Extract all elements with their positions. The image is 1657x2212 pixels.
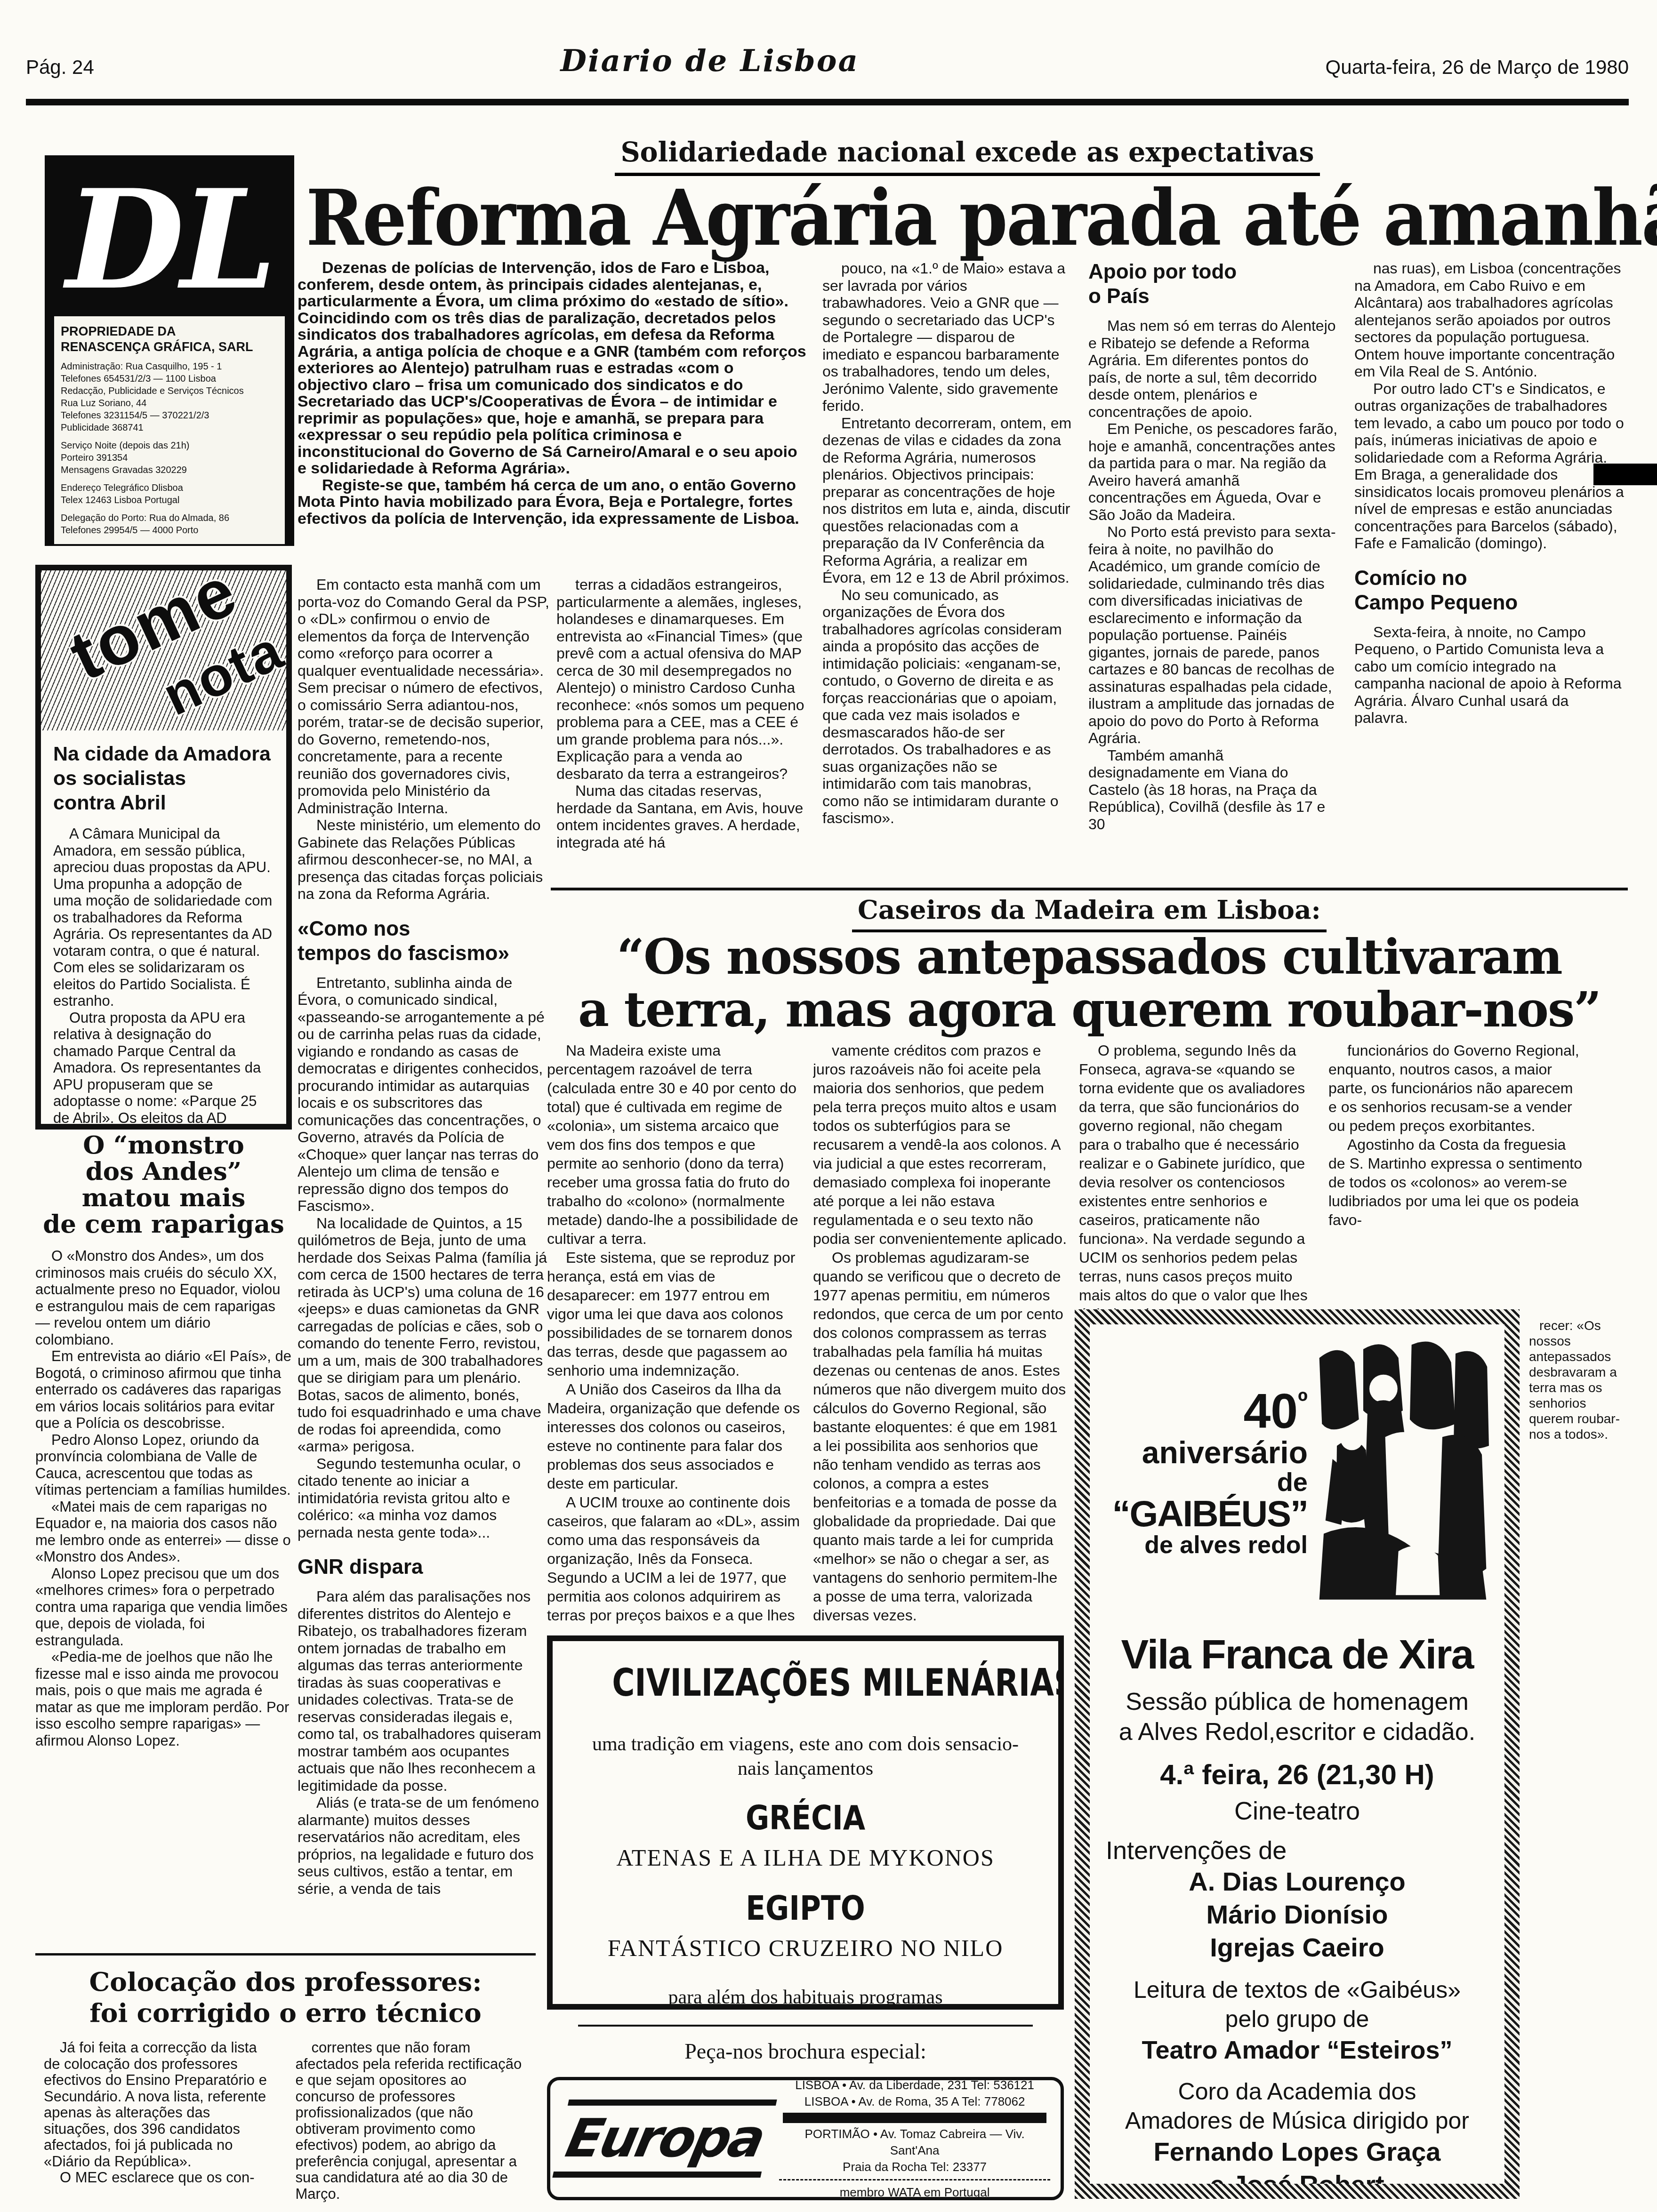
choir-description: Coro da Academia dos Amadores de Música … <box>1125 2077 1469 2135</box>
madeira-headline: “Os nossos antepassados cultivarama terr… <box>551 931 1628 1036</box>
paragraph: Agostinho da Costa da freguesia de S. Ma… <box>1328 1135 1585 1229</box>
europa-advertisement: Peça-nos brochura especial: Europa LISBO… <box>547 2025 1064 2200</box>
ad-intro: uma tradição em viagens, este ano com do… <box>570 1732 1041 1781</box>
margin-mark <box>1593 464 1657 485</box>
ad-top-rule <box>578 2025 1033 2027</box>
venue-title: Vila Franca de Xira <box>1121 1630 1473 1678</box>
tome-nota-logo: tome nota <box>41 570 286 730</box>
paragraph: funcionários do Governo Regional, enquan… <box>1328 1041 1585 1135</box>
conductor-names: Fernando Lopes Graça e José Robert <box>1154 2135 1441 2184</box>
article-column-2: correntes que não foram afectados pela r… <box>296 2040 528 2202</box>
advertisement-content: 40º aniversário de “GAIBÉUS” de alves re… <box>1090 1324 1504 2184</box>
paragraph: Por outro lado CT's e Sindicatos, e outr… <box>1354 380 1626 552</box>
paragraph: Numa das citadas reservas, herdade da Sa… <box>556 782 808 851</box>
paragraph: nas ruas), em Lisboa (concentrações na A… <box>1354 260 1626 380</box>
paragraph: Entretanto, sublinha ainda de Évora, o c… <box>298 974 549 1215</box>
article-title: Na cidade da Amadora os socialistas cont… <box>53 742 274 815</box>
paragraph: Aliás (e trata-se de um fenómeno alarman… <box>298 1794 549 1897</box>
paragraph: Na Madeira existe uma percentagem razoáv… <box>547 1041 801 1248</box>
top-story-column-2: terras a cidadãos estrangeiros, particul… <box>556 576 808 885</box>
speaker-name: A. Dias Lourenço <box>1189 1865 1406 1898</box>
paragraph: Sexta-feira, à nnoite, no Campo Pequeno,… <box>1354 624 1626 727</box>
headline-line: O “monstro <box>35 1132 292 1158</box>
conductor-name: e José Robert <box>1154 2168 1441 2184</box>
paragraph: Na localidade de Quintos, a 15 quilómetr… <box>298 1215 549 1455</box>
anniversary-number: 40º <box>1102 1387 1308 1436</box>
membership-line: membro WATA em Portugal <box>779 2179 1050 2201</box>
anniversary-label: aniversário <box>1102 1437 1308 1468</box>
paragraph: A UCIM trouxe ao continente dois caseiro… <box>547 1493 801 1627</box>
kicker-text: Caseiros da Madeira em Lisboa: <box>852 894 1327 932</box>
article-headline: Colocação dos professores: <box>35 1966 536 1997</box>
newspaper-page: Pág. 24 Diario de Lisboa Quarta-feira, 2… <box>0 0 1657 2212</box>
paragraph: A União dos Caseiros da Ilha da Madeira,… <box>547 1380 801 1493</box>
paragraph: Em entrevista ao diário «El País», de Bo… <box>35 1348 292 1432</box>
paragraph: Redacção, Publicidade e Serviços Técnico… <box>61 385 278 397</box>
page-header: Pág. 24 Diario de Lisboa Quarta-feira, 2… <box>26 43 1629 79</box>
paragraph: Pedro Alonso Lopez, oriundo da pronvínci… <box>35 1432 292 1499</box>
article-column-1: Já foi feita a correcção da lista de col… <box>44 2040 276 2202</box>
paragraph: Publicidade 368741 <box>61 422 278 434</box>
top-story-column-4: Apoio por todo o PaísMas nem só em terra… <box>1088 260 1338 886</box>
paragraph: Entretanto decorreram, ontem, em dezenas… <box>822 415 1072 586</box>
top-story-column-5: nas ruas), em Lisboa (concentrações na A… <box>1354 260 1626 886</box>
paragraph: Delegação do Porto: Rua do Almada, 86 <box>61 512 278 524</box>
paragraph: Endereço Telegráfico Dlisboa <box>61 482 278 494</box>
headline-line: matou mais <box>35 1185 292 1211</box>
paragraph: PROPRIEDADE DA <box>61 324 278 339</box>
madeira-kicker: Caseiros da Madeira em Lisboa: <box>551 894 1628 932</box>
professores-article: Colocação dos professores: foi corrigido… <box>35 1966 536 2212</box>
top-story-column-3: pouco, na «1.º de Maio» estava a ser lav… <box>822 260 1072 886</box>
reading-line: Leitura de textos de «Gaibéus» <box>1134 1975 1461 2004</box>
article-body: O «Monstro dos Andes», um dos criminosos… <box>35 1248 292 1749</box>
paragraph: recer: «Os nossos antepassados desbravar… <box>1529 1318 1629 1442</box>
article-body: A Câmara Municipal da Amadora, em sessão… <box>53 825 274 1130</box>
interventions-label: Intervenções de <box>1106 1836 1287 1865</box>
paragraph: O «Monstro dos Andes», um dos criminosos… <box>35 1248 292 1348</box>
ad-footer: para além dos habituais programas <box>570 1986 1041 2009</box>
paragraph: correntes que não foram afectados pela r… <box>296 2040 528 2202</box>
session-line: a Alves Redol,escritor e cidadão. <box>1119 1717 1475 1747</box>
office-line: Praia da Rocha Tel: 23377 <box>779 2159 1050 2175</box>
top-story-headline: Reforma Agrária parada até amanhã <box>306 177 1629 259</box>
paragraph: terras a cidadãos estrangeiros, particul… <box>556 576 808 782</box>
page-number: Pág. 24 <box>26 56 94 79</box>
paragraph: Telefones 654531/2/3 — 1100 Lisboa <box>61 373 278 385</box>
headline-line: de cem raparigas <box>35 1211 292 1237</box>
destination-greece: GRÉCIA <box>605 1798 1006 1837</box>
session-description: Sessão pública de homenagem a Alves Redo… <box>1119 1687 1475 1747</box>
paragraph: Para além das paralisações nos diferente… <box>298 1588 549 1794</box>
paragraph: Mensagens Gravadas 320229 <box>61 464 278 476</box>
paragraph: «Pedia-me de joelhos que não lhe fizesse… <box>35 1649 292 1749</box>
ad-title: CIVILIZAÇÕES MILENÁRIAS <box>612 1661 999 1705</box>
paragraph: Registe-se que, também há cerca de um an… <box>298 477 808 528</box>
paragraph: Outra proposta da APU era relativa à des… <box>53 1010 274 1130</box>
column-subhead: GNR dispara <box>298 1555 549 1579</box>
europa-ad-box: Europa LISBOA • Av. da Liberdade, 231 Te… <box>547 2077 1064 2200</box>
of-label: de <box>1102 1468 1308 1495</box>
paragraph: Administração: Rua Casquilho, 195 - 1 <box>61 361 278 373</box>
monstro-andes-article: O “monstrodos Andes”matou maisde cem rap… <box>35 1132 292 1953</box>
column-subhead: Comício no Campo Pequeno <box>1354 566 1626 615</box>
top-story-column-1: Em contacto esta manhã com um porta-voz … <box>298 576 549 1953</box>
paragraph: Telex 12463 Lisboa Portugal <box>61 494 278 506</box>
paragraph: Dezenas de polícias de Intervenção, idos… <box>298 260 808 477</box>
paragraph: Alonso Lopez precisou que um dos «melhor… <box>35 1565 292 1649</box>
europa-logo: Europa <box>552 2100 777 2178</box>
egypt-subtitle: FANTÁSTICO CRUZEIRO NO NILO <box>570 1934 1041 1962</box>
paragraph: Os problemas agudizaram-se quando se ver… <box>813 1248 1067 1625</box>
paragraph: Telefones 29954/5 — 4000 Porto <box>61 524 278 537</box>
reading-description: Leitura de textos de «Gaibéus» pelo grup… <box>1134 1975 1461 2034</box>
madeira-column-1: Na Madeira existe uma percentagem razoáv… <box>547 1041 801 1627</box>
paragraph: O MEC esclarece que os con- <box>44 2170 276 2186</box>
publisher-box: DL PROPRIEDADE DARENASCENÇA GRÁFICA, SAR… <box>45 155 294 546</box>
paragraph: Já foi feita a correcção da lista de col… <box>44 2040 276 2170</box>
office-line: LISBOA • Av. da Liberdade, 231 Tel: 5361… <box>779 2077 1050 2093</box>
headline-line: dos Andes” <box>35 1158 292 1185</box>
conductor-name: Fernando Lopes Graça <box>1154 2135 1441 2168</box>
issue-date: Quarta-feira, 26 de Março de 1980 <box>1326 56 1629 79</box>
paragraph: Serviço Noite (depois das 21h) <box>61 440 278 452</box>
article-headline: O “monstrodos Andes”matou maisde cem rap… <box>35 1132 292 1237</box>
madeira-column-4: funcionários do Governo Regional, enquan… <box>1328 1041 1585 1303</box>
paragraph: Rua Luz Soriano, 44 <box>61 397 278 409</box>
paragraph: «Matei mais de cem raparigas no Equador … <box>35 1499 292 1565</box>
paragraph: No Porto está previsto para sexta-feira … <box>1088 523 1338 747</box>
dl-logo: DL <box>45 169 294 311</box>
paragraph: Porteiro 391354 <box>61 452 278 464</box>
europa-offices: LISBOA • Av. da Liberdade, 231 Tel: 5361… <box>779 2077 1050 2201</box>
paragraph: Este sistema, que se reproduz por heranç… <box>547 1248 801 1380</box>
ad-call-to-action: Peça-nos brochura especial: <box>547 2039 1064 2064</box>
column-subhead: «Como nos tempos do fascismo» <box>298 917 549 966</box>
event-place: Cine-teatro <box>1234 1796 1360 1826</box>
book-author: de alves redol <box>1102 1533 1308 1558</box>
ad-black-bar <box>783 2113 1046 2123</box>
column-subhead: Apoio por todo o País <box>1088 260 1338 309</box>
gaibeus-titles: 40º aniversário de “GAIBÉUS” de alves re… <box>1102 1387 1308 1557</box>
madeira-column-5: recer: «Os nossos antepassados desbravar… <box>1529 1318 1629 1600</box>
headline-line: a terra, mas agora querem roubar-nos” <box>551 984 1628 1036</box>
section-divider-rule <box>551 888 1628 890</box>
tome-nota-box: tome nota Na cidade da Amadora os social… <box>35 565 292 1130</box>
theatre-group: Teatro Amador “Esteiros” <box>1142 2036 1452 2065</box>
choir-line: Coro da Academia dos <box>1125 2077 1469 2106</box>
greece-subtitle: ATENAS E A ILHA DE MYKONOS <box>570 1844 1041 1871</box>
article-columns: Já foi feita a correcção da lista de col… <box>35 2040 536 2202</box>
office-line: PORTIMÃO • Av. Tomaz Cabreira — Viv. San… <box>779 2126 1050 2159</box>
choir-line: Amadores de Música dirigido por <box>1125 2106 1469 2135</box>
amadora-article: Na cidade da Amadora os socialistas cont… <box>41 730 286 1130</box>
section-divider-rule <box>35 1953 536 1956</box>
gaibeus-advertisement: 40º aniversário de “GAIBÉUS” de alves re… <box>1075 1309 1520 2199</box>
paragraph: No seu comunicado, as organizações de Év… <box>822 586 1072 827</box>
office-line: LISBOA • Av. de Roma, 35 A Tel: 778062 <box>779 2093 1050 2110</box>
paragraph: A Câmara Municipal da Amadora, em sessão… <box>53 825 274 1010</box>
paragraph: RENASCENÇA GRÁFICA, SARL <box>61 339 278 355</box>
reading-line: pelo grupo de <box>1134 2004 1461 2034</box>
kicker-text: Solidariedade nacional excede as expecta… <box>615 136 1319 176</box>
masthead-title: Diario de Lisboa <box>561 43 859 79</box>
headline-line: “Os nossos antepassados cultivaram <box>551 931 1628 984</box>
publisher-details: PROPRIEDADE DARENASCENÇA GRÁFICA, SARLAd… <box>54 316 285 544</box>
paragraph: Em Peniche, os pescadores farão, hoje e … <box>1088 420 1338 523</box>
session-line: Sessão pública de homenagem <box>1119 1687 1475 1717</box>
article-headline: foi corrigido o erro técnico <box>35 1997 536 2028</box>
gaibeus-anniversary-block: 40º aniversário de “GAIBÉUS” de alves re… <box>1102 1340 1492 1604</box>
top-story-lead: Dezenas de polícias de Intervenção, idos… <box>298 260 808 570</box>
event-datetime: 4.ª feira, 26 (21,30 H) <box>1160 1758 1434 1791</box>
paragraph: Telefones 3231154/5 — 370221/2/3 <box>61 409 278 422</box>
paragraph: Em contacto esta manhã com um porta-voz … <box>298 576 549 817</box>
header-rule <box>26 99 1629 105</box>
speaker-name: Igrejas Caeiro <box>1210 1931 1384 1964</box>
paragraph: Também amanhã designadamente em Viana do… <box>1088 747 1338 833</box>
paragraph: Neste ministério, um elemento do Gabinet… <box>298 817 549 903</box>
woodcut-illustration <box>1313 1340 1492 1604</box>
paragraph: vamente créditos com prazos e juros razo… <box>813 1041 1067 1248</box>
paragraph: pouco, na «1.º de Maio» estava a ser lav… <box>822 260 1072 415</box>
top-story-kicker: Solidariedade nacional excede as expecta… <box>306 136 1629 176</box>
book-title: “GAIBÉUS” <box>1102 1495 1308 1533</box>
paragraph: Mas nem só em terras do Alentejo e Ribat… <box>1088 317 1338 420</box>
madeira-column-2: vamente créditos com prazos e juros razo… <box>813 1041 1067 1627</box>
civilizacoes-advertisement: CIVILIZAÇÕES MILENÁRIAS uma tradição em … <box>547 1635 1064 2010</box>
speaker-name: Mário Dionísio <box>1207 1898 1388 1931</box>
paragraph: Segundo testemunha ocular, o citado tene… <box>298 1455 549 1541</box>
paragraph: O problema, segundo Inês da Fonseca, agr… <box>1079 1041 1317 1323</box>
destination-egypt: EGIPTO <box>605 1888 1006 1928</box>
